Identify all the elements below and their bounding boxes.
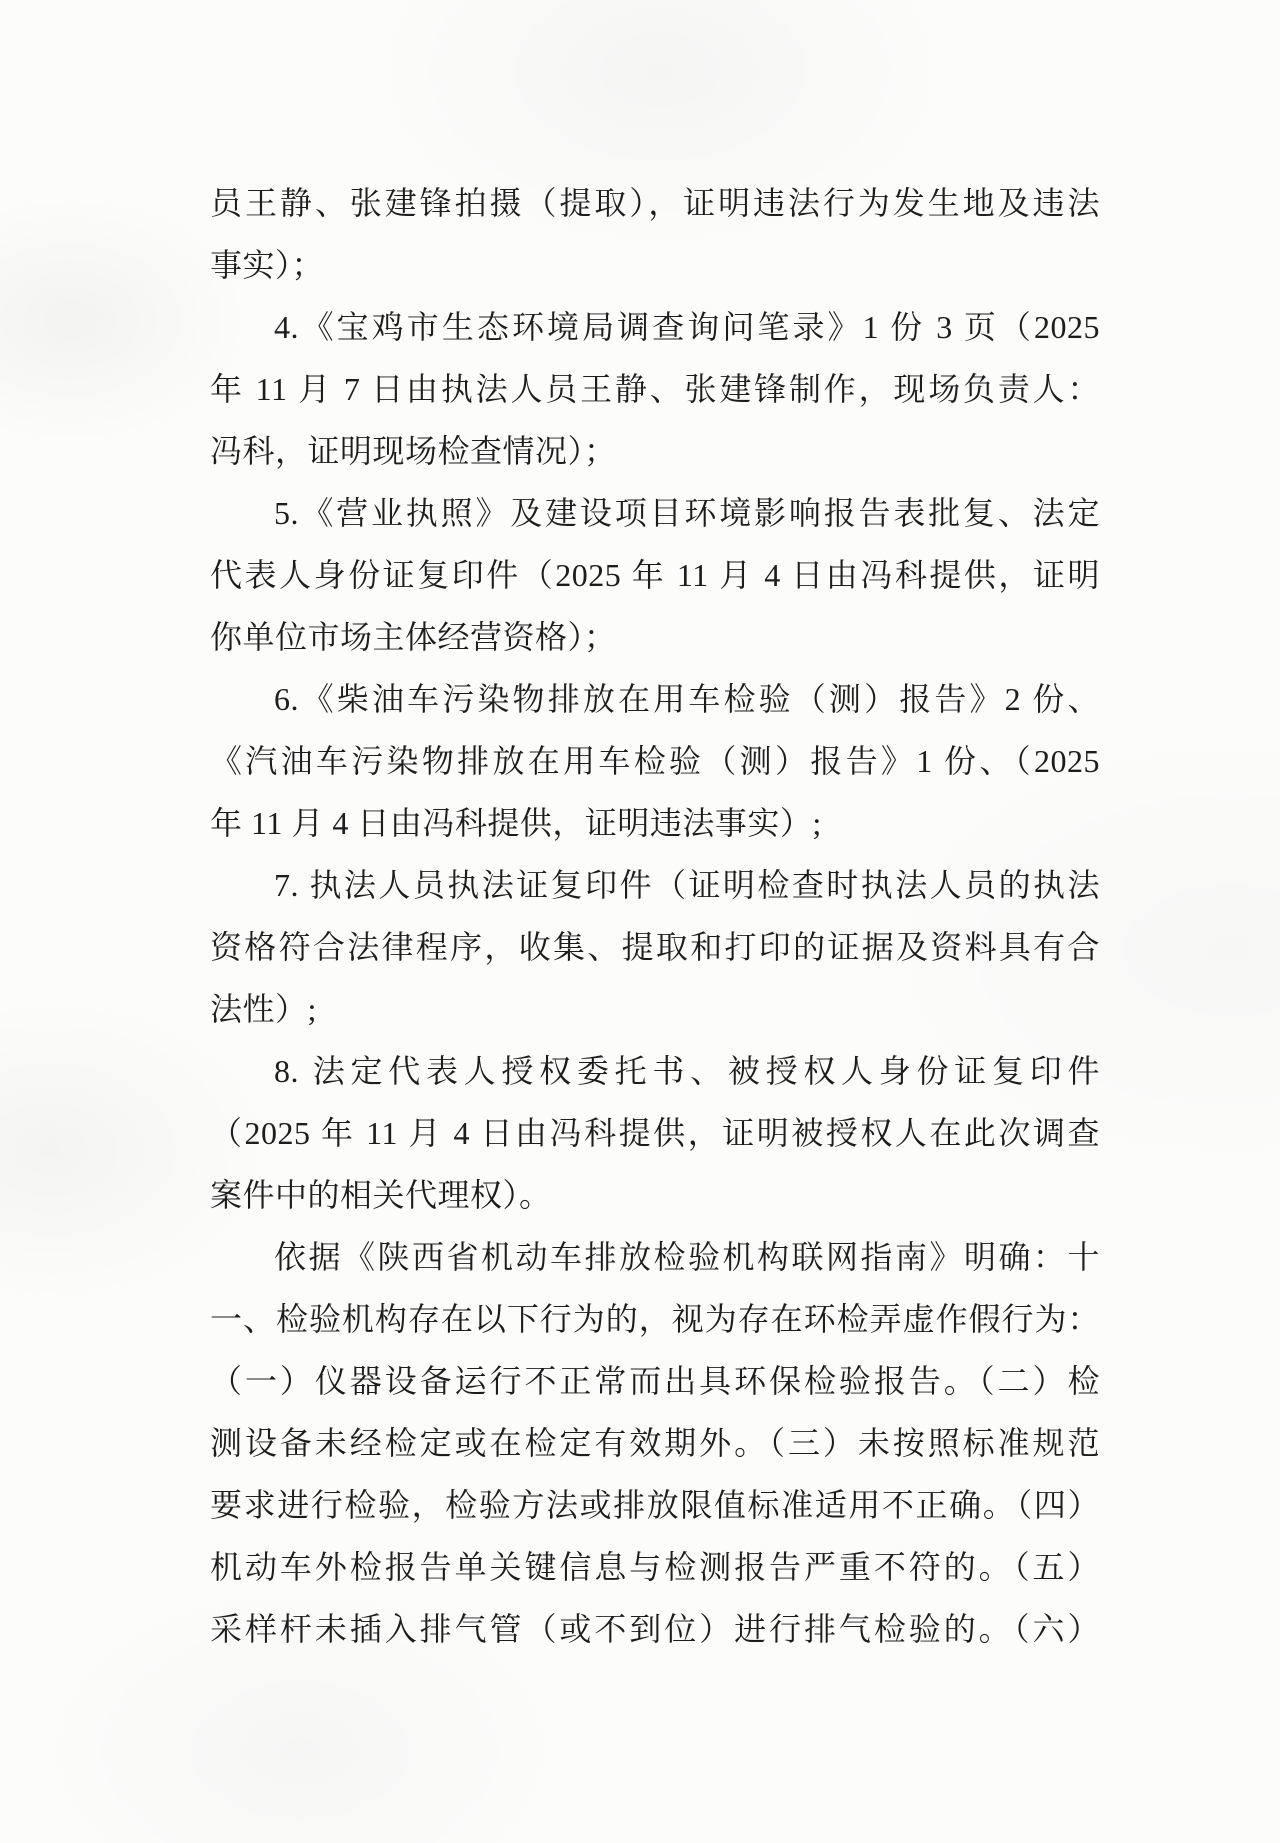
text-line: 你单位市场主体经营资格）； <box>210 606 1100 668</box>
document-page: 员王静、张建锋拍摄（提取），证明违法行为发生地及违法事实）；4.《宝鸡市生态环境… <box>0 0 1280 1843</box>
text-line: （一）仪器设备运行不正常而出具环保检验报告。（二）检 <box>210 1350 1100 1412</box>
text-line: （2025 年 11 月 4 日由冯科提供，证明被授权人在此次调查 <box>210 1102 1100 1164</box>
text-line: 一、检验机构存在以下行为的，视为存在环检弄虚作假行为： <box>210 1288 1100 1350</box>
document-text-block: 员王静、张建锋拍摄（提取），证明违法行为发生地及违法事实）；4.《宝鸡市生态环境… <box>210 172 1100 1660</box>
text-line: 依据《陕西省机动车排放检验机构联网指南》明确：十 <box>210 1226 1100 1288</box>
text-line: 法性）; <box>210 978 1100 1040</box>
text-line: 年 11 月 7 日由执法人员王静、张建锋制作，现场负责人： <box>210 358 1100 420</box>
text-line: 资格符合法律程序，收集、提取和打印的证据及资料具有合 <box>210 916 1100 978</box>
text-line: 7. 执法人员执法证复印件（证明检查时执法人员的执法 <box>210 854 1100 916</box>
text-line: 《汽油车污染物排放在用车检验（测）报告》1 份、（2025 <box>210 730 1100 792</box>
text-line: 5.《营业执照》及建设项目环境影响报告表批复、法定 <box>210 482 1100 544</box>
text-line: 8. 法定代表人授权委托书、被授权人身份证复印件 <box>210 1040 1100 1102</box>
text-line: 6.《柴油车污染物排放在用车检验（测）报告》2 份、 <box>210 668 1100 730</box>
text-line: 年 11 月 4 日由冯科提供，证明违法事实）; <box>210 792 1100 854</box>
text-line: 采样杆未插入排气管（或不到位）进行排气检验的。（六） <box>210 1598 1100 1660</box>
text-line: 冯科，证明现场检查情况）； <box>210 420 1100 482</box>
text-line: 测设备未经检定或在检定有效期外。（三）未按照标准规范 <box>210 1412 1100 1474</box>
text-line: 代表人身份证复印件（2025 年 11 月 4 日由冯科提供，证明 <box>210 544 1100 606</box>
text-line: 案件中的相关代理权）。 <box>210 1164 1100 1226</box>
text-line: 事实）； <box>210 234 1100 296</box>
text-line: 员王静、张建锋拍摄（提取），证明违法行为发生地及违法 <box>210 172 1100 234</box>
text-line: 4.《宝鸡市生态环境局调查询问笔录》1 份 3 页（2025 <box>210 296 1100 358</box>
text-line: 机动车外检报告单关键信息与检测报告严重不符的。（五） <box>210 1536 1100 1598</box>
text-line: 要求进行检验，检验方法或排放限值标准适用不正确。（四） <box>210 1474 1100 1536</box>
